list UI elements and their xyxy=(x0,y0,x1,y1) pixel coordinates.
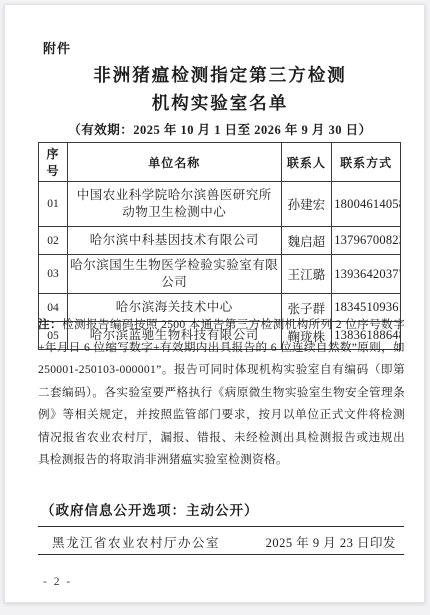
row-number-cell: 03 xyxy=(39,255,68,294)
contact-name-cell: 魏启超 xyxy=(281,227,332,255)
org-name-cell: 哈尔滨国生生物医学检验实验室有限公司 xyxy=(67,255,281,294)
footer-divider-bottom xyxy=(38,554,404,555)
col-header-phone: 联系方式 xyxy=(332,143,401,182)
phone-cell: 18004614058 xyxy=(332,182,401,227)
page-number: - 2 - xyxy=(43,576,72,588)
note-label: 注： xyxy=(38,318,62,331)
col-header-org: 单位名称 xyxy=(67,143,281,182)
issuer-name: 黑龙江省农业农村厅办公室 xyxy=(38,533,220,551)
col-header-index: 序号 xyxy=(39,143,68,182)
row-number-cell: 02 xyxy=(39,227,68,255)
col-header-contact: 联系人 xyxy=(281,143,332,182)
issuer-row: 黑龙江省农业农村厅办公室 2025 年 9 月 23 日印发 xyxy=(38,533,404,551)
org-name-cell: 哈尔滨中科基因技术有限公司 xyxy=(67,227,281,255)
table-header-row: 序号 单位名称 联系人 联系方式 xyxy=(39,143,401,182)
attachment-label: 附件 xyxy=(43,38,71,57)
note-paragraph: 注：检测报告编码按照 2500 本通告第三方检测机构所列 2 位序号数字+年月日… xyxy=(38,314,405,472)
print-date: 2025 年 9 月 23 日印发 xyxy=(266,533,404,551)
page-title-line-2: 机构实验室名单 xyxy=(9,90,430,116)
row-number-cell: 01 xyxy=(39,182,68,227)
contact-name-cell: 孙建宏 xyxy=(281,182,332,227)
table-row: 03 哈尔滨国生生物医学检验实验室有限公司 王江璐 13936420377 xyxy=(39,255,401,294)
phone-cell: 13796700823 xyxy=(332,227,401,255)
document-viewer-background: { "doc": { "attachment_label": "附件", "ti… xyxy=(0,0,430,615)
document-page: 附件 非洲猪瘟检测指定第三方检测 机构实验室名单 （有效期：2025 年 10 … xyxy=(4,4,425,603)
page-title-line-1: 非洲猪瘟检测指定第三方检测 xyxy=(9,62,430,88)
validity-period: （有效期：2025 年 10 月 1 日至 2026 年 9 月 30 日） xyxy=(9,120,430,138)
phone-cell: 13936420377 xyxy=(332,255,401,294)
org-name-cell: 中国农业科学院哈尔滨兽医研究所 动物卫生检测中心 xyxy=(67,182,281,227)
footer-divider-top xyxy=(38,526,404,527)
contact-name-cell: 王江璐 xyxy=(281,255,332,294)
note-text: 检测报告编码按照 2500 本通告第三方检测机构所列 2 位序号数字+年月日 6… xyxy=(38,318,405,466)
disclosure-option: （政府信息公开选项：主动公开） xyxy=(41,499,259,519)
table-row: 02 哈尔滨中科基因技术有限公司 魏启超 13796700823 xyxy=(39,227,401,255)
table-row: 01 中国农业科学院哈尔滨兽医研究所 动物卫生检测中心 孙建宏 18004614… xyxy=(39,182,401,227)
